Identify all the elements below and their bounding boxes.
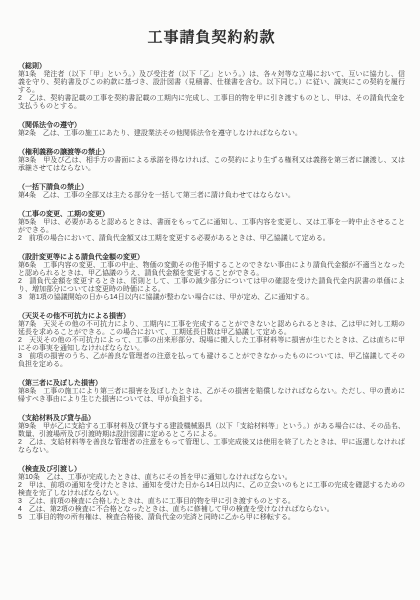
section-heading: （支給材料及び貸与品）	[18, 415, 405, 423]
clause-paragraph: 3 第1項の協議開始の日から14日以内に協議が整わない場合には、甲が定め、乙に通…	[18, 294, 405, 302]
section-heading: （検査及び引渡し）	[18, 466, 405, 474]
section-heading: （設計変更等による請負代金額の変更）	[18, 254, 405, 262]
clause-paragraph: 2 甲は、前項の通知を受けたときは、通知を受けた日から14日以内に、乙の立会いの…	[18, 482, 405, 498]
clause-paragraph: 2 請負代金額を変更するときは、原則として、工事の減少部分については甲の確認を受…	[18, 278, 405, 294]
clause-paragraph: 2 乙は、契約書記載の工事を契約書記載の工期内に完成し、工事目的物を甲に引き渡す…	[18, 95, 405, 111]
clause-paragraph: 第5条 甲は、必要があると認めるときは、書面をもって乙に通知し、工事内容を変更し…	[18, 219, 405, 235]
clause-paragraph: 4 乙は、第2項の検査に不合格となったときは、直ちに修補して甲の検査を受けなけれ…	[18, 506, 405, 514]
clause-paragraph: 2 乙は、支給材料等を善良な管理者の注意をもって管理し、工事完成後又は使用を終了…	[18, 439, 405, 455]
clause-paragraph: 第4条 乙は、工事の全部又は主たる部分を一括して第三者に請け負わせてはならない。	[18, 192, 405, 200]
section-supplied-materials: （支給材料及び貸与品） 第9条 甲が乙に支給する工事材料及び貸与する建設機械器具…	[18, 415, 405, 455]
section-contract-price-changes: （設計変更等による請負代金額の変更） 第6条 工事内容の変更、工事の中止、物価の…	[18, 254, 405, 302]
section-heading: （総則）	[18, 63, 405, 71]
clause-paragraph: 第8条 工事の施工により第三者に損害を及ぼしたときは、乙がその損害を賠償しなけれ…	[18, 388, 405, 404]
section-heading: （第三者に及ぼした損害）	[18, 380, 405, 388]
document-title: 工事請負契約約款	[18, 26, 405, 47]
section-general-provisions: （総則） 第1条 発注者（以下「甲」という。）及び受注者（以下「乙」という。）は…	[18, 63, 405, 111]
contract-document-page: 工事請負契約約款 （総則） 第1条 発注者（以下「甲」という。）及び受注者（以下…	[0, 0, 420, 600]
section-compliance-with-laws: （関係法令の遵守） 第2条 乙は、工事の施工にあたり、建設業法その他関係法令を遵…	[18, 122, 405, 138]
clause-paragraph: 2 天災その他の不可抗力によって、工事の出来形部分、現場に搬入した工事材料等に損…	[18, 337, 405, 353]
clause-paragraph: 第9条 甲が乙に支給する工事材料及び貸与する建設機械器具（以下「支給材料等」とい…	[18, 423, 405, 439]
clause-paragraph: 3 乙は、前項の検査に合格したときは、直ちに工事目的物を甲に引き渡すものとする。	[18, 498, 405, 506]
section-heading: （権利義務の譲渡等の禁止）	[18, 149, 405, 157]
section-force-majeure-damage: （天災その他不可抗力による損害） 第7条 天災その他の不可抗力により、工期内に工…	[18, 313, 405, 369]
clause-paragraph: 第2条 乙は、工事の施工にあたり、建設業法その他関係法令を遵守しなければならない…	[18, 130, 405, 138]
section-prohibition-of-blanket-subcontract: （一括下請負の禁止） 第4条 乙は、工事の全部又は主たる部分を一括して第三者に請…	[18, 184, 405, 200]
section-heading: （天災その他不可抗力による損害）	[18, 313, 405, 321]
clause-paragraph: 第1条 発注者（以下「甲」という。）及び受注者（以下「乙」という。）は、各々対等…	[18, 71, 405, 95]
clause-paragraph: 第7条 天災その他の不可抗力により、工期内に工事を完成することができないと認めら…	[18, 321, 405, 337]
clause-paragraph: 5 工事目的物の所有権は、検査合格後、請負代金の完済と同時に乙から甲に移転する。	[18, 514, 405, 522]
clause-paragraph: 第10条 乙は、工事が完成したときは、直ちにその旨を甲に通知しなければならない。	[18, 474, 405, 482]
section-heading: （一括下請負の禁止）	[18, 184, 405, 192]
clause-paragraph: 第3条 甲及び乙は、相手方の書面による承諾を得なければ、この契約により生ずる権利…	[18, 157, 405, 173]
clause-paragraph: 2 前項の場合において、請負代金額又は工期を変更する必要があるときは、甲乙協議し…	[18, 235, 405, 243]
section-heading: （工事の変更、工期の変更）	[18, 211, 405, 219]
clause-paragraph: 第6条 工事内容の変更、工事の中止、物価の変動その他予期することのできない事由に…	[18, 262, 405, 278]
section-changes-to-work-and-schedule: （工事の変更、工期の変更） 第5条 甲は、必要があると認めるときは、書面をもって…	[18, 211, 405, 243]
section-third-party-damage: （第三者に及ぼした損害） 第8条 工事の施工により第三者に損害を及ぼしたときは、…	[18, 380, 405, 404]
section-prohibition-of-transfer: （権利義務の譲渡等の禁止） 第3条 甲及び乙は、相手方の書面による承諾を得なけれ…	[18, 149, 405, 173]
clause-paragraph: 3 前項の損害のうち、乙が善良な管理者の注意を払っても避けることができなかったも…	[18, 353, 405, 369]
section-inspection-and-delivery: （検査及び引渡し） 第10条 乙は、工事が完成したときは、直ちにその旨を甲に通知…	[18, 466, 405, 522]
section-heading: （関係法令の遵守）	[18, 122, 405, 130]
